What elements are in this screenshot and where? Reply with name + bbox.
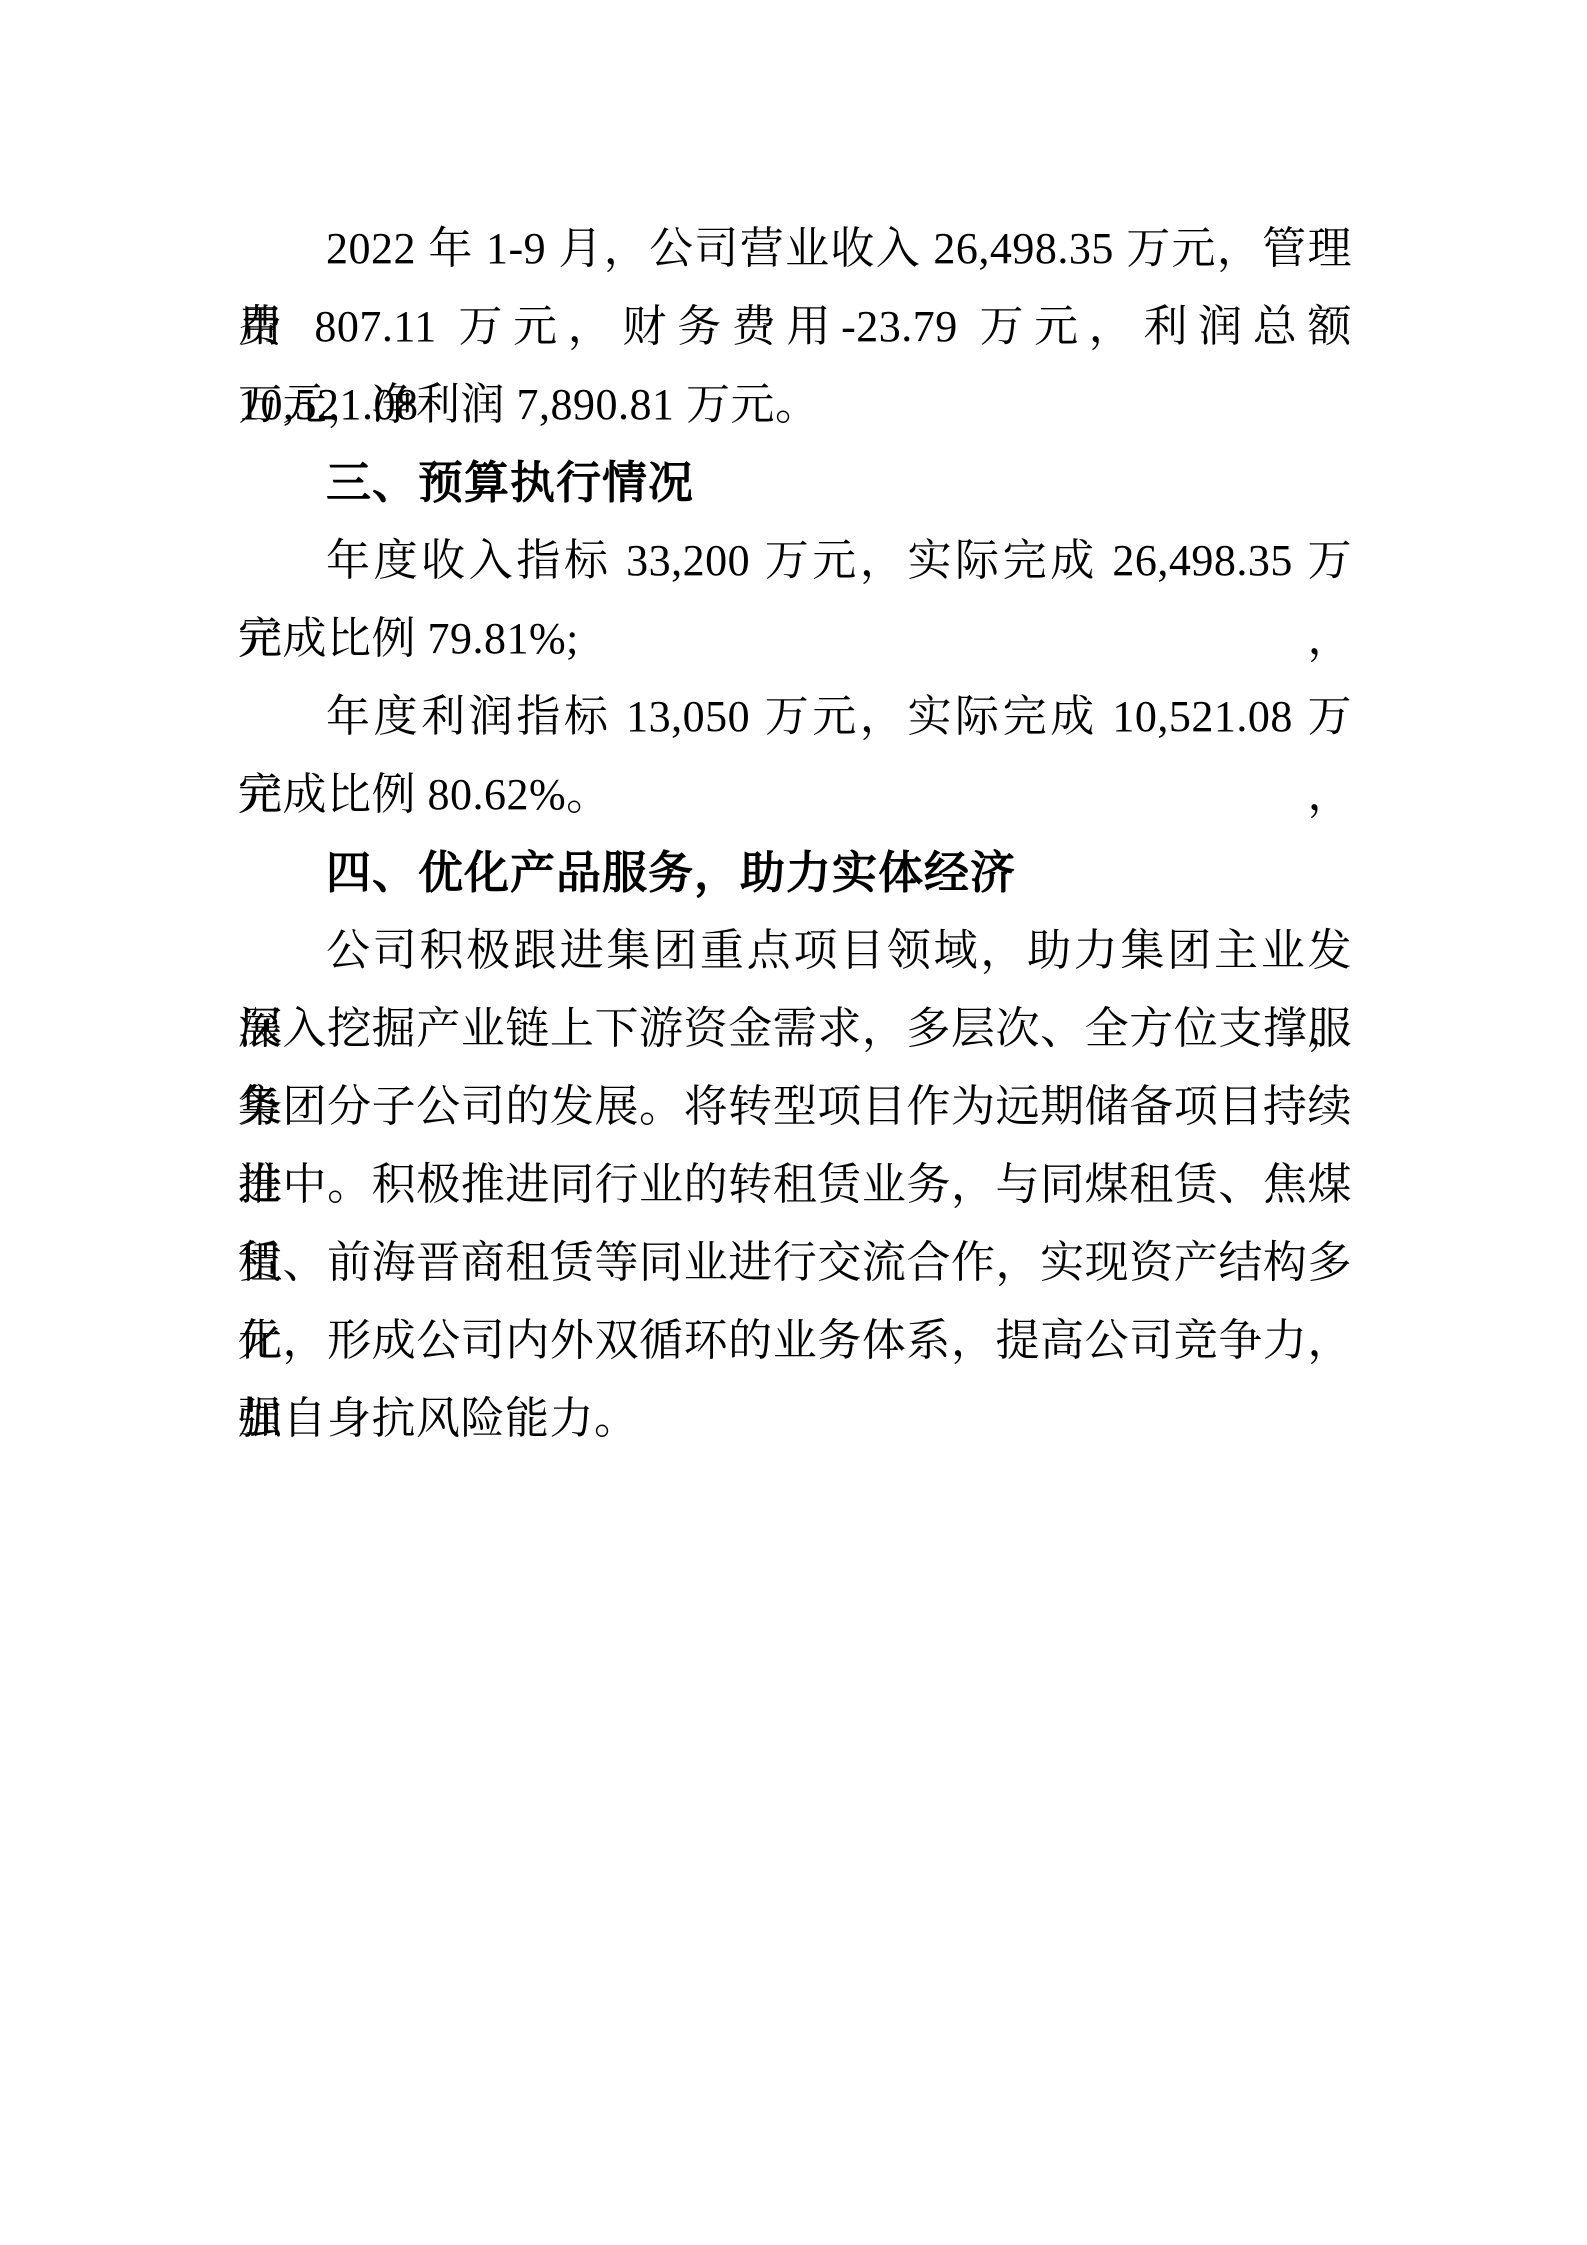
product-services-line-1: 公司积极跟进集团重点项目领域，助力集团主业发展， (238, 912, 1352, 990)
document-page: 2022 年 1-9 月，公司营业收入 26,498.35 万元，管理费 用 8… (0, 0, 1587, 2245)
financial-summary-line-2: 用 807.11 万元，财务费用-23.79 万元，利润总额 10,521.08 (238, 288, 1352, 366)
section-budget-execution: 三、预算执行情况 年度收入指标 33,200 万元，实际完成 26,498.35… (238, 444, 1352, 834)
product-services-line-7: 强自身抗风险能力。 (238, 1380, 1352, 1458)
budget-execution-line-3: 年度利润指标 13,050 万元，实际完成 10,521.08 万元， (238, 678, 1352, 756)
budget-execution-heading: 三、预算执行情况 (238, 444, 1352, 522)
financial-summary-line-1: 2022 年 1-9 月，公司营业收入 26,498.35 万元，管理费 (238, 210, 1352, 288)
product-services-line-5: 赁、前海晋商租赁等同业进行交流合作，实现资产结构多元 (238, 1224, 1352, 1302)
product-services-line-6: 化，形成公司内外双循环的业务体系，提高公司竞争力，加 (238, 1302, 1352, 1380)
financial-summary-line-3: 万元，净利润 7,890.81 万元。 (238, 366, 1352, 444)
product-services-heading: 四、优化产品服务，助力实体经济 (238, 834, 1352, 912)
budget-execution-line-1: 年度收入指标 33,200 万元，实际完成 26,498.35 万元， (238, 522, 1352, 600)
product-services-line-3: 集团分子公司的发展。将转型项目作为远期储备项目持续推 (238, 1068, 1352, 1146)
product-services-line-2: 深入挖掘产业链上下游资金需求，多层次、全方位支撑服务 (238, 990, 1352, 1068)
document-content: 2022 年 1-9 月，公司营业收入 26,498.35 万元，管理费 用 8… (238, 210, 1352, 1458)
section-product-services: 四、优化产品服务，助力实体经济 公司积极跟进集团重点项目领域，助力集团主业发展，… (238, 834, 1352, 1458)
product-services-line-4: 进中。积极推进同行业的转租赁业务，与同煤租赁、焦煤租 (238, 1146, 1352, 1224)
section-financial-summary: 2022 年 1-9 月，公司营业收入 26,498.35 万元，管理费 用 8… (238, 210, 1352, 444)
